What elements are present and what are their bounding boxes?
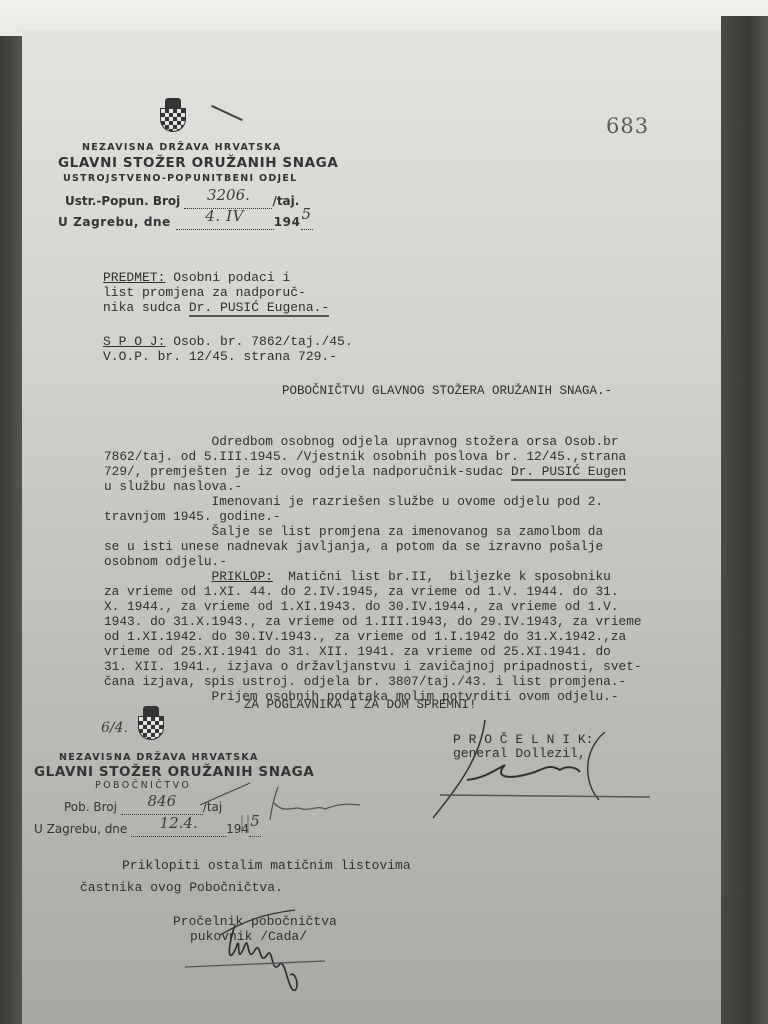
body-p3-line-3: osobnom odjelu.- <box>104 554 227 569</box>
body-p3-line-1: Šalje se list promjena za imenovanog sa … <box>104 524 603 539</box>
endorsement-line-1: Priklopiti ostalim matičnim listovima <box>122 858 411 873</box>
letterhead-state: NEZAVISNA DRŽAVA HRVATSKA <box>82 142 282 153</box>
subject-line-2: list promjena za nadporuč- <box>103 285 306 300</box>
coat-of-arms-icon <box>160 98 186 132</box>
reference-line-2: V.O.P. br. 12/45. strana 729.- <box>103 349 337 364</box>
date-value: 4. IV <box>176 207 274 225</box>
number-suffix: /taj. <box>272 194 299 208</box>
reference-label: S P O J: <box>103 334 165 349</box>
stamp-state: NEZAVISNA DRŽAVA HRVATSKA <box>59 752 259 763</box>
subject-label: PREDMET: <box>103 270 165 285</box>
subject-line-3-prefix: nika sudca <box>103 300 189 315</box>
attachment-line-8: čana izjava, spis ustroj. odjela br. 380… <box>104 674 626 689</box>
subject-line-1: Osobni podaci i <box>165 270 290 285</box>
stamp-number-label: Pob. Broj <box>64 800 117 814</box>
date-field: 4. IV <box>176 215 274 230</box>
year-field: 5 <box>301 215 313 230</box>
coat-of-arms-icon <box>138 706 164 740</box>
attachment-line-4: 1943. do 31.X.1943., za vrieme od 1.III.… <box>104 614 642 629</box>
body-p1-line-2: 7862/taj. od 5.III.1945. /Vjestnik osobn… <box>104 449 626 464</box>
binder-edge-right <box>721 16 768 1024</box>
signature-cada <box>175 895 335 1005</box>
subject-person-name: Dr. PUSIĆ Eugena.- <box>189 300 329 317</box>
reference-line-1: Osob. br. 7862/taj./45. <box>165 334 352 349</box>
body-p1-line-1: Odredbom osobnog odjela upravnog stožera… <box>104 434 619 449</box>
attachment-line-6: vrieme od 25.XI.1941 do 31. XII. 1941. z… <box>104 644 611 659</box>
letterhead-command: GLAVNI STOŽER ORUŽANIH SNAGA <box>58 155 338 171</box>
letterhead-date-row: U Zagrebu, dne 4. IV 1945 <box>58 215 313 230</box>
stamp-department: POBOČNIČTVO <box>95 780 191 791</box>
signature-dollezil <box>425 720 665 820</box>
body-p2-line-1: Imenovani je razriešen službe u ovome od… <box>104 494 603 509</box>
binder-edge-left <box>0 36 22 1024</box>
body-p2-line-2: travnjom 1945. godine.- <box>104 509 281 524</box>
number-value: 3206. <box>184 186 272 204</box>
attachment-line-7: 31. XII. 1941., izjava o državljanstvu i… <box>104 659 642 674</box>
attachment-label: PRIKLOP: <box>212 569 273 584</box>
margin-note: 6/4. <box>101 720 128 736</box>
date-label: U Zagrebu, dne <box>58 215 171 229</box>
salute: ZA POGLAVNIKA I ZA DOM SPREMNI! <box>244 698 477 713</box>
reference-block: S P O J: Osob. br. 7862/taj./45. V.O.P. … <box>103 334 353 364</box>
letterhead-department: USTROJSTVENO-POPUNITBENI ODJEL <box>63 173 298 184</box>
year-value: 5 <box>301 205 313 223</box>
addressee: POBOČNIČTVU GLAVNOG STOŽERA ORUŽANIH SNA… <box>282 384 612 399</box>
attachment-line-1: Matični list br.II, biljezke k sposobnik… <box>273 569 611 584</box>
number-label: Ustr.-Popun. Broj <box>65 194 180 208</box>
body-person-name: Dr. PUSIĆ Eugen <box>511 464 626 481</box>
subject-block: PREDMET: Osobni podaci i list promjena z… <box>103 270 329 315</box>
letter-body: Odredbom osobnog odjela upravnog stožera… <box>104 434 642 704</box>
body-p1-line-3-prefix: 729/, premješten je iz ovog odjela nadpo… <box>104 464 511 479</box>
page-number: 683 <box>606 114 649 138</box>
body-p1-line-4: u službu naslova.- <box>104 479 242 494</box>
body-p3-line-2: se u isti unese nadnevak javljanja, a po… <box>104 539 603 554</box>
year-prefix: 194 <box>274 215 301 229</box>
attachment-line-2: za vrieme od 1.XI. 44. do 2.IV.1945, za … <box>104 584 619 599</box>
endorsement-line-2: častnika ovog Pobočničtva. <box>80 880 283 895</box>
attachment-line-3: X. 1944., za vrieme od 1.XI.1943. do 30.… <box>104 599 619 614</box>
attachment-line-5: od 1.XI.1942. do 30.IV.1943., za vrieme … <box>104 629 626 644</box>
stamp-date-label: U Zagrebu, dne <box>34 822 127 836</box>
handwritten-annotation <box>190 775 380 835</box>
